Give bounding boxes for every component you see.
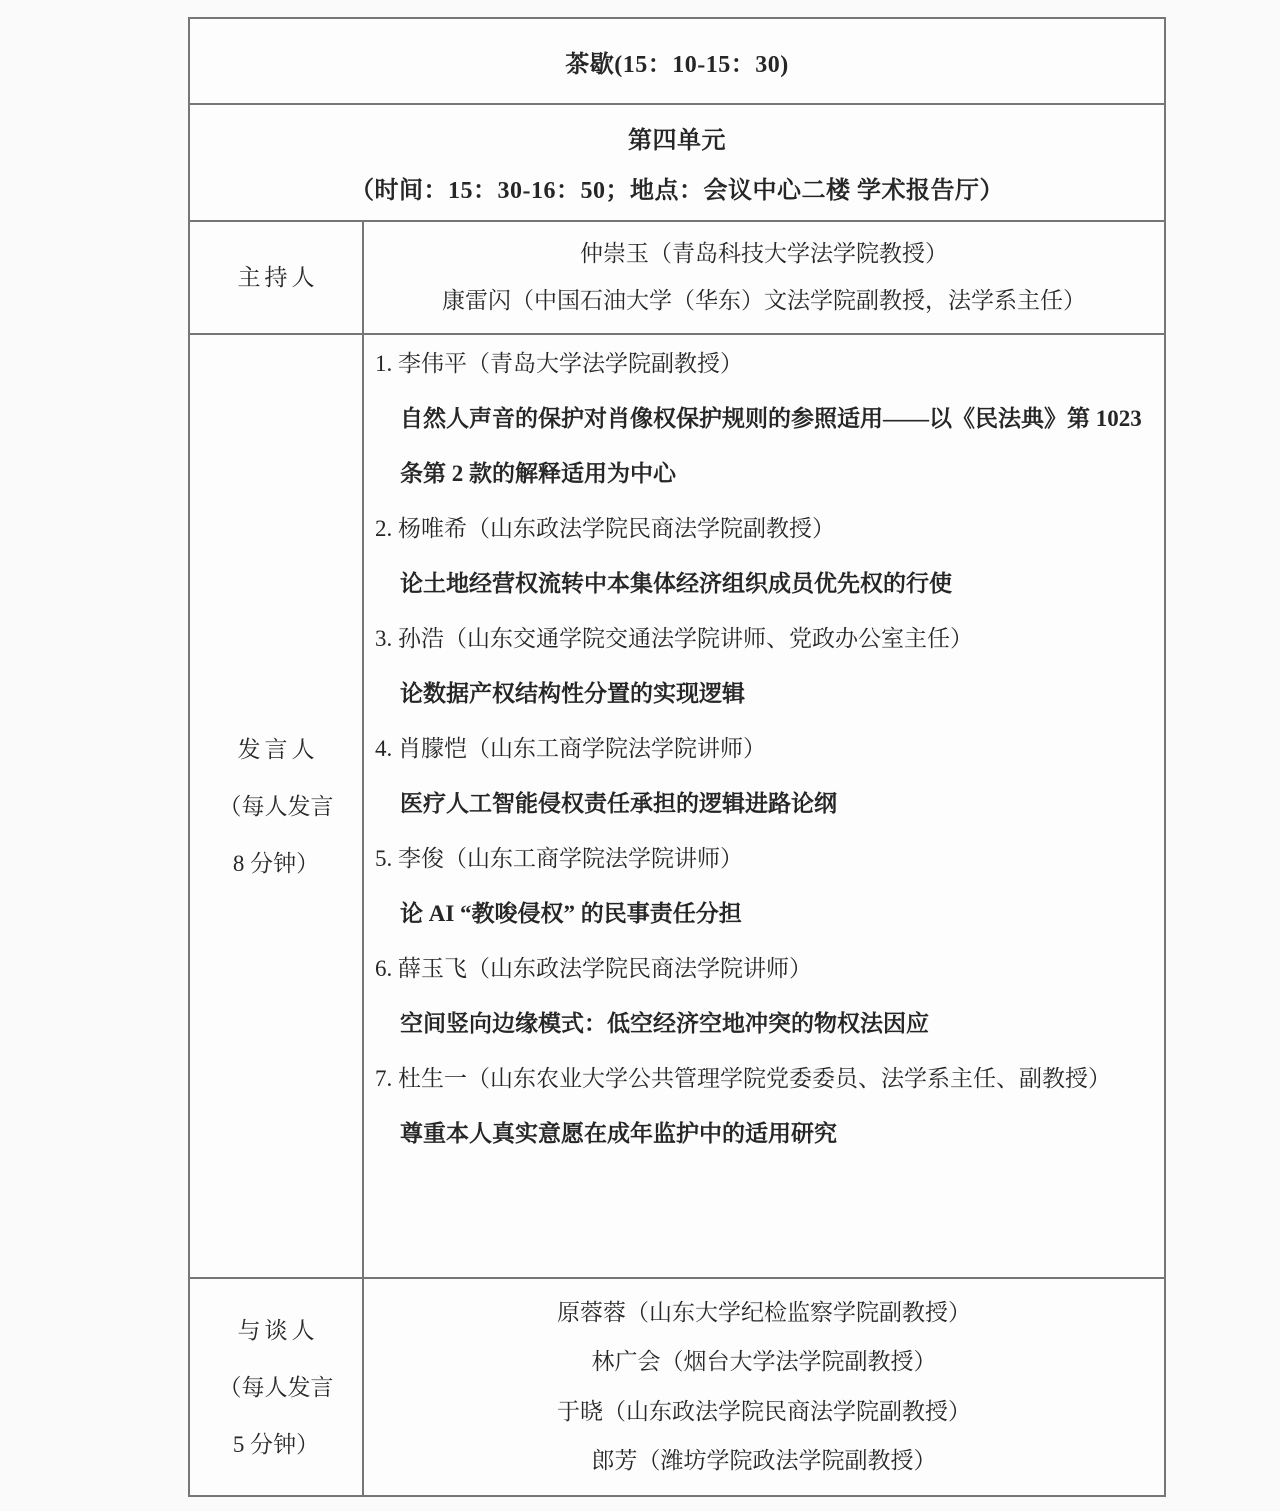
moderator-person: 康雷闪（中国石油大学（华东）文法学院副教授，法学系主任） [364, 286, 1164, 316]
speaker-name: 5. 李俊（山东工商学院法学院讲师） [375, 831, 1142, 886]
paper-title: 论 AI “教唆侵权” 的民事责任分担 [400, 886, 1142, 941]
paper-title: 医疗人工智能侵权责任承担的逻辑进路论纲 [400, 776, 1142, 831]
speaker-item: 4. 肖朦恺（山东工商学院法学院讲师） 医疗人工智能侵权责任承担的逻辑进路论纲 [375, 721, 1142, 831]
speakers-label: 发言人 [234, 721, 319, 778]
paper-title: 论土地经营权流转中本集体经济组织成员优先权的行使 [400, 556, 1142, 611]
unit-time-location: （时间：15：30-16：50；地点：会议中心二楼 学术报告厅） [350, 170, 1004, 205]
speaker-name: 6. 薛玉飞（山东政法学院民商法学院讲师） [375, 941, 1142, 996]
speakers-content-cell: 1. 李伟平（青岛大学法学院副教授） 自然人声音的保护对肖像权保护规则的参照适用… [364, 335, 1164, 1277]
tea-break-row: 茶歇(15：10-15：30) [190, 19, 1164, 103]
document-page: 茶歇(15：10-15：30) 第四单元 （时间：15：30-16：50；地点：… [0, 0, 1280, 1511]
discussant-person: 郎芳（潍坊学院政法学院副教授） [364, 1446, 1164, 1476]
speakers-label-note: 8 分钟） [233, 835, 319, 892]
speaker-item: 1. 李伟平（青岛大学法学院副教授） 自然人声音的保护对肖像权保护规则的参照适用… [375, 336, 1142, 501]
moderator-row: 主持人 仲崇玉（青岛科技大学法学院教授） 康雷闪（中国石油大学（华东）文法学院副… [190, 220, 1164, 333]
speaker-name: 4. 肖朦恺（山东工商学院法学院讲师） [375, 721, 1142, 776]
paper-title: 自然人声音的保护对肖像权保护规则的参照适用——以《民法典》第 1023 条第 2… [400, 391, 1142, 501]
unit-header-row: 第四单元 （时间：15：30-16：50；地点：会议中心二楼 学术报告厅） [190, 103, 1164, 220]
speaker-item: 6. 薛玉飞（山东政法学院民商法学院讲师） 空间竖向边缘模式：低空经济空地冲突的… [375, 941, 1142, 1051]
speakers-row: 发言人 （每人发言 8 分钟） 1. 李伟平（青岛大学法学院副教授） 自然人声音… [190, 333, 1164, 1277]
speaker-name: 2. 杨唯希（山东政法学院民商法学院副教授） [375, 501, 1142, 556]
discussants-label-cell: 与谈人 （每人发言 5 分钟） [190, 1279, 364, 1495]
speakers-label-cell: 发言人 （每人发言 8 分钟） [190, 335, 364, 1277]
speaker-name: 1. 李伟平（青岛大学法学院副教授） [375, 336, 1142, 391]
paper-title: 论数据产权结构性分置的实现逻辑 [400, 666, 1142, 721]
discussants-content-cell: 原蓉蓉（山东大学纪检监察学院副教授） 林广会（烟台大学法学院副教授） 于晓（山东… [364, 1279, 1164, 1495]
conference-program-table: 茶歇(15：10-15：30) 第四单元 （时间：15：30-16：50；地点：… [188, 17, 1166, 1497]
speaker-item: 3. 孙浩（山东交通学院交通法学院讲师、党政办公室主任） 论数据产权结构性分置的… [375, 611, 1142, 721]
discussants-label-note: （每人发言 [219, 1359, 334, 1416]
speakers-label-note: （每人发言 [219, 778, 334, 835]
tea-break-text: 茶歇(15：10-15：30) [565, 44, 788, 79]
discussant-person: 原蓉蓉（山东大学纪检监察学院副教授） [364, 1298, 1164, 1328]
moderator-person: 仲崇玉（青岛科技大学法学院教授） [364, 239, 1164, 269]
discussant-person: 林广会（烟台大学法学院副教授） [364, 1347, 1164, 1377]
discussants-label: 与谈人 [234, 1302, 319, 1359]
discussants-label-note: 5 分钟） [233, 1416, 319, 1473]
speaker-item: 2. 杨唯希（山东政法学院民商法学院副教授） 论土地经营权流转中本集体经济组织成… [375, 501, 1142, 611]
paper-title: 尊重本人真实意愿在成年监护中的适用研究 [400, 1106, 1142, 1161]
moderator-label: 主持人 [234, 249, 319, 306]
moderator-label-cell: 主持人 [190, 222, 364, 333]
speaker-name: 3. 孙浩（山东交通学院交通法学院讲师、党政办公室主任） [375, 611, 1142, 666]
paper-title: 空间竖向边缘模式：低空经济空地冲突的物权法因应 [400, 996, 1142, 1051]
speaker-name: 7. 杜生一（山东农业大学公共管理学院党委委员、法学系主任、副教授） [375, 1051, 1142, 1106]
discussants-row: 与谈人 （每人发言 5 分钟） 原蓉蓉（山东大学纪检监察学院副教授） 林广会（烟… [190, 1277, 1164, 1495]
moderator-content-cell: 仲崇玉（青岛科技大学法学院教授） 康雷闪（中国石油大学（华东）文法学院副教授，法… [364, 222, 1164, 333]
speaker-item: 5. 李俊（山东工商学院法学院讲师） 论 AI “教唆侵权” 的民事责任分担 [375, 831, 1142, 941]
discussant-person: 于晓（山东政法学院民商法学院副教授） [364, 1397, 1164, 1427]
unit-title: 第四单元 [628, 120, 726, 155]
speaker-item: 7. 杜生一（山东农业大学公共管理学院党委委员、法学系主任、副教授） 尊重本人真… [375, 1051, 1142, 1161]
